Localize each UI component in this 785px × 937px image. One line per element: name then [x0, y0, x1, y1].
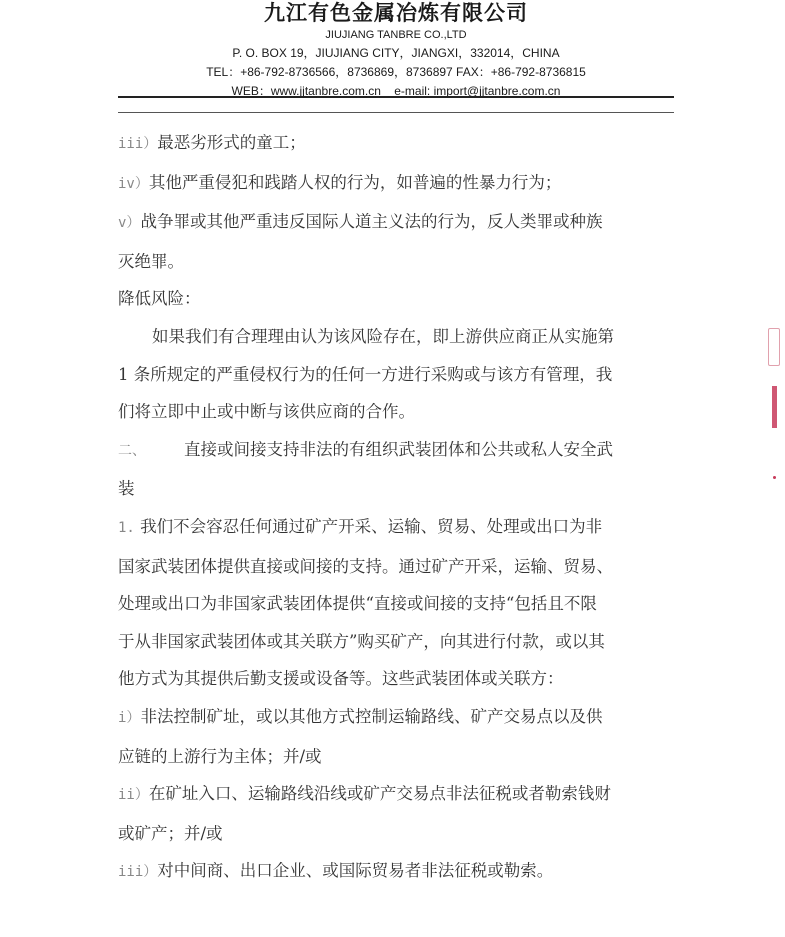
paragraph-line: 1 条所规定的严重侵权行为的任何一方进行采购或与该方有管理，我: [118, 356, 674, 394]
paragraph-line: 们将立即中止或中断与该供应商的合作。: [118, 393, 674, 431]
item-text: 应链的上游行为主体；并/或: [118, 747, 322, 766]
paragraph-text: 处理或出口为非国家武装团体提供“直接或间接的支持“包括且不限: [118, 594, 597, 613]
list-item-1: 1. 我们不会容忍任何通过矿产开采、运输、贸易、处理或出口为非: [118, 508, 674, 548]
seal-edge-mark: [772, 386, 777, 428]
paragraph-text: 们将立即中止或中断与该供应商的合作。: [118, 402, 415, 421]
paragraph-line: 处理或出口为非国家武装团体提供“直接或间接的支持“包括且不限: [118, 585, 674, 623]
paragraph-line: 应链的上游行为主体；并/或: [118, 738, 674, 776]
item-text: 非法控制矿址，或以其他方式控制运输路线、矿产交易点以及供: [140, 707, 602, 726]
section-title: 装: [118, 479, 135, 498]
company-name-english: JIUJIANG TANBRE CO.,LTD: [118, 27, 674, 44]
list-item-iii-extortion: iii）对中间商、出口企业、或国际贸易者非法征税或勒索。: [118, 852, 674, 892]
paragraph-text: 于从非国家武装团体或其关联方”购买矿产，向其进行付款，或以其: [118, 632, 605, 651]
item-text: 在矿址入口、运输路线沿线或矿产交易点非法征税或者勒索钱财: [149, 784, 611, 803]
section-heading-two: 二、直接或间接支持非法的有组织武装团体和公共或私人安全武: [118, 431, 674, 471]
item-text: 对中间商、出口企业、或国际贸易者非法征税或勒索。: [157, 861, 553, 880]
item-number: 1.: [118, 520, 135, 536]
document-body: iii）最恶劣形式的童工； iv）其他严重侵犯和践踏人权的行为，如普遍的性暴力行…: [118, 124, 674, 892]
item-number: v）: [118, 215, 140, 231]
company-address: P. O. BOX 19，JIUJIANG CITY，JIANGXI，33201…: [118, 44, 674, 63]
item-text: 或矿产；并/或: [118, 824, 223, 843]
company-tel-fax: TEL：+86-792-8736566，8736869，8736897 FAX：…: [118, 63, 674, 82]
list-item-ii-taxation: ii）在矿址入口、运输路线沿线或矿产交易点非法征税或者勒索钱财: [118, 775, 674, 815]
paragraph-text: 如果我们有合理理由认为该风险存在，即上游供应商正从实施第: [152, 327, 614, 346]
paragraph-line: 灭绝罪。: [118, 243, 674, 281]
section-number: 二、: [118, 443, 146, 459]
paragraph-line: 他方式为其提供后勤支援或设备等。这些武装团体或关联方：: [118, 660, 674, 698]
subheading-risk-mitigation: 降低风险：: [118, 280, 674, 318]
list-item-iii-child-labor: iii）最恶劣形式的童工；: [118, 124, 674, 164]
item-text: 最恶劣形式的童工；: [157, 133, 306, 152]
item-number: ii）: [118, 787, 149, 803]
item-text: 战争罪或其他严重违反国际人道主义法的行为，反人类罪或种族: [140, 212, 602, 231]
header-rule-thin: [118, 112, 674, 113]
header-rule-thick: [118, 96, 674, 98]
company-web-email: WEB：www.jjtanbre.com.cn e-mail: import@j…: [118, 82, 674, 101]
list-item-i-control: i）非法控制矿址，或以其他方式控制运输路线、矿产交易点以及供: [118, 698, 674, 738]
section-title: 直接或间接支持非法的有组织武装团体和公共或私人安全武: [184, 440, 613, 459]
item-text: 其他严重侵犯和践踏人权的行为，如普遍的性暴力行为；: [149, 173, 562, 192]
item-text: 灭绝罪。: [118, 252, 184, 271]
item-number: iii）: [118, 864, 157, 880]
item-number: iii）: [118, 136, 157, 152]
list-item-iv-human-rights: iv）其他严重侵犯和践踏人权的行为，如普遍的性暴力行为；: [118, 164, 674, 204]
paragraph-line: 或矿产；并/或: [118, 815, 674, 853]
subheading-text: 降低风险：: [118, 289, 201, 308]
paragraph-line: 如果我们有合理理由认为该风险存在，即上游供应商正从实施第: [118, 318, 674, 356]
paragraph-line: 国家武装团体提供直接或间接的支持。通过矿产开采，运输、贸易、: [118, 548, 674, 586]
item-text: 我们不会容忍任何通过矿产开采、运输、贸易、处理或出口为非: [140, 517, 602, 536]
seal-glyph-icon: [768, 328, 780, 366]
paragraph-text: 1 条所规定的严重侵权行为的任何一方进行采购或与该方有管理，我: [118, 365, 612, 384]
list-item-v-war-crimes: v）战争罪或其他严重违反国际人道主义法的行为，反人类罪或种族: [118, 203, 674, 243]
paragraph-line: 于从非国家武装团体或其关联方”购买矿产，向其进行付款，或以其: [118, 623, 674, 661]
letterhead: 九江有色金属冶炼有限公司 JIUJIANG TANBRE CO.,LTD P. …: [118, 0, 674, 101]
section-heading-continuation: 装: [118, 470, 674, 508]
paragraph-text: 国家武装团体提供直接或间接的支持。通过矿产开采，运输、贸易、: [118, 557, 613, 576]
item-number: iv）: [118, 176, 149, 192]
paragraph-text: 他方式为其提供后勤支援或设备等。这些武装团体或关联方：: [118, 669, 564, 688]
item-number: i）: [118, 710, 140, 726]
red-seal-stamp-fragment: [764, 328, 782, 488]
company-name-chinese: 九江有色金属冶炼有限公司: [118, 0, 674, 26]
seal-dot-mark: [773, 476, 776, 479]
